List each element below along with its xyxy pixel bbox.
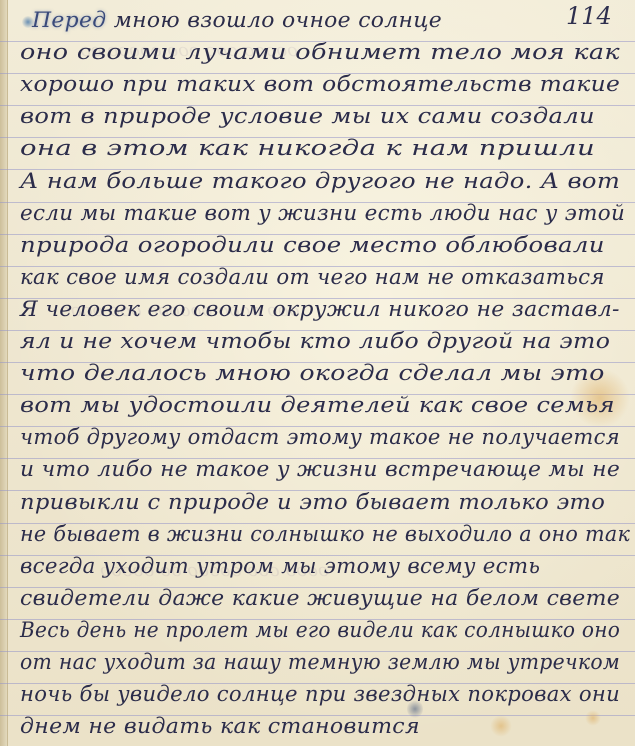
handwritten-line: днем не видать как становится [20,714,420,738]
handwritten-line: как свое имя создали от чего нам не отка… [20,265,605,289]
handwritten-line: Перед мною взошло очное солнце [32,8,442,32]
handwritten-line: привыкли с природе и это бывает только э… [20,490,605,514]
handwritten-line: ял и не хочем чтобы кто либо другой на э… [20,329,610,353]
handwritten-line: вот в природе условие мы их сами создали [20,104,595,128]
handwritten-line: природа огородили свое место облюбовали [20,233,605,257]
handwritten-line: вот мы удостоили деятелей как свое семья [20,393,615,417]
handwritten-line: Весь день не пролет мы его видели как со… [20,618,620,642]
notebook-page: ооооо ооо ооо ооооо оо ооо оооо оооооо о… [0,0,635,746]
handwritten-line: ночь бы увидело солнце при звездных покр… [20,682,620,706]
handwritten-line: оно своими лучами обнимет тело моя как [20,40,620,64]
handwritten-line: чтоб другому отдаст этому такое не получ… [20,425,620,449]
handwritten-line: хорошо при таких вот обстоятельств такие [20,72,620,96]
handwritten-line: что делалось мною окогда сделал мы это [20,361,605,385]
coffee-stain [490,715,512,737]
page-number: 114 [566,2,612,30]
handwritten-line: она в этом как никогда к нам пришли [20,136,595,160]
handwritten-line: от нас уходит за нашу темную землю мы ут… [20,650,620,674]
handwritten-line: и что либо не такое у жизни встречающе м… [20,457,620,481]
coffee-stain [585,710,601,726]
handwritten-line: свидетели даже какие живущие на белом св… [20,586,620,610]
line-text: мною взошло очное солнце [114,8,442,32]
handwritten-line: всегда уходит утром мы этому всему есть [20,554,540,578]
handwritten-line: не бывает в жизни солнышко не выходило а… [20,522,630,546]
handwritten-line: Я человек его своим окружил никого не за… [20,297,620,321]
first-word: Перед [32,8,114,32]
notebook-binding-edge [0,0,8,746]
handwritten-line: если мы такие вот у жизни есть люди нас … [20,201,625,225]
handwritten-line: А нам больше такого другого не надо. А в… [20,169,620,193]
